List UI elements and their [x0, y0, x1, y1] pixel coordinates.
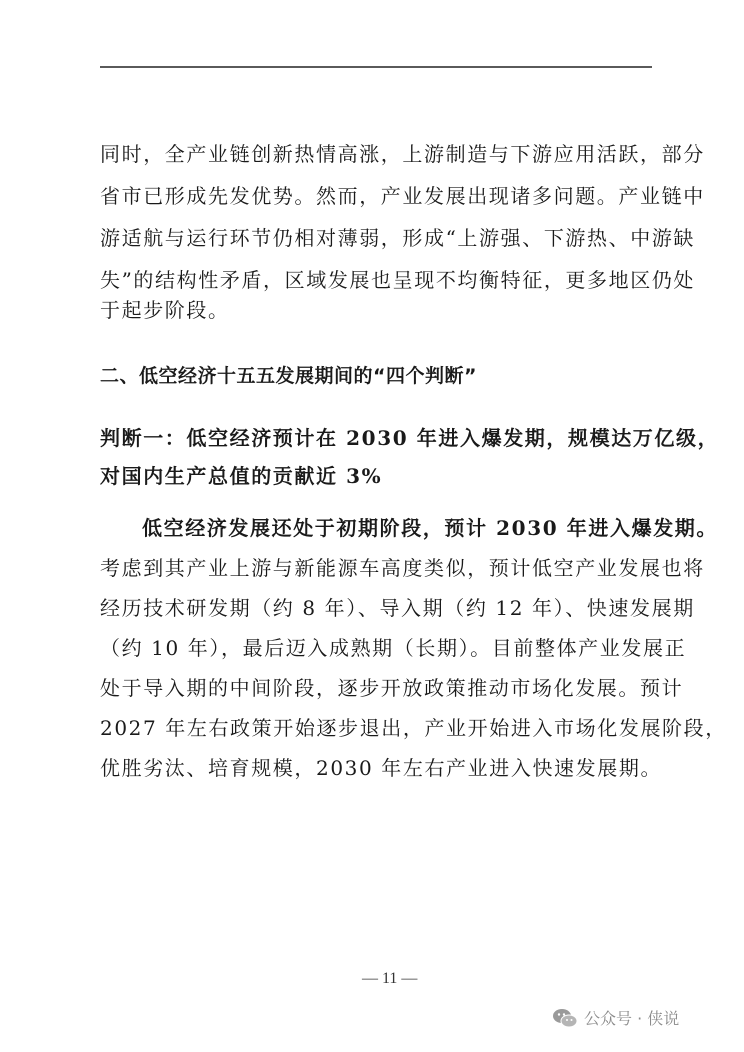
judgment-title-line: 对国内生产总值的贡献近 3% [100, 464, 660, 488]
paragraph-line: （约 10 年），最后迈入成熟期（长期）。目前整体产业发展正 [100, 636, 660, 660]
paragraph-line: 优胜劣汰、培育规模，2030 年左右产业进入快速发展期。 [100, 756, 660, 780]
paragraph-line: 同时，全产业链创新热情高涨，上游制造与下游应用活跃，部分 [100, 142, 660, 166]
watermark-text: 公众号 · 侠说 [584, 1006, 679, 1029]
judgment-title-line: 判断一：低空经济预计在 2030 年进入爆发期，规模达万亿级， [100, 426, 660, 450]
paragraph-line: 经历技术研发期（约 8 年）、导入期（约 12 年）、快速发展期 [100, 596, 660, 620]
watermark: 公众号 · 侠说 [552, 1006, 679, 1029]
paragraph-line: 失”的结构性矛盾，区域发展也呈现不均衡特征，更多地区仍处 [100, 268, 660, 292]
header-rule [100, 66, 652, 68]
paragraph-line: 游适航与运行环节仍相对薄弱，形成“上游强、下游热、中游缺 [100, 226, 660, 250]
section-heading: 二、低空经济十五五发展期间的“四个判断” [100, 364, 660, 388]
paragraph-line: 考虑到其产业上游与新能源车高度类似，预计低空产业发展也将 [100, 556, 660, 580]
paragraph-line: 省市已形成先发优势。然而，产业发展出现诸多问题。产业链中 [100, 184, 660, 208]
paragraph-line: 2027 年左右政策开始逐步退出，产业开始进入市场化发展阶段， [100, 716, 660, 740]
paragraph-line: 于起步阶段。 [100, 298, 660, 322]
page-number: — 11 — [362, 970, 417, 988]
paragraph-lead: 低空经济发展还处于初期阶段，预计 2030 年进入爆发期。 [142, 516, 702, 540]
paragraph-line: 处于导入期的中间阶段，逐步开放政策推动市场化发展。预计 [100, 676, 660, 700]
wechat-icon [552, 1008, 578, 1028]
